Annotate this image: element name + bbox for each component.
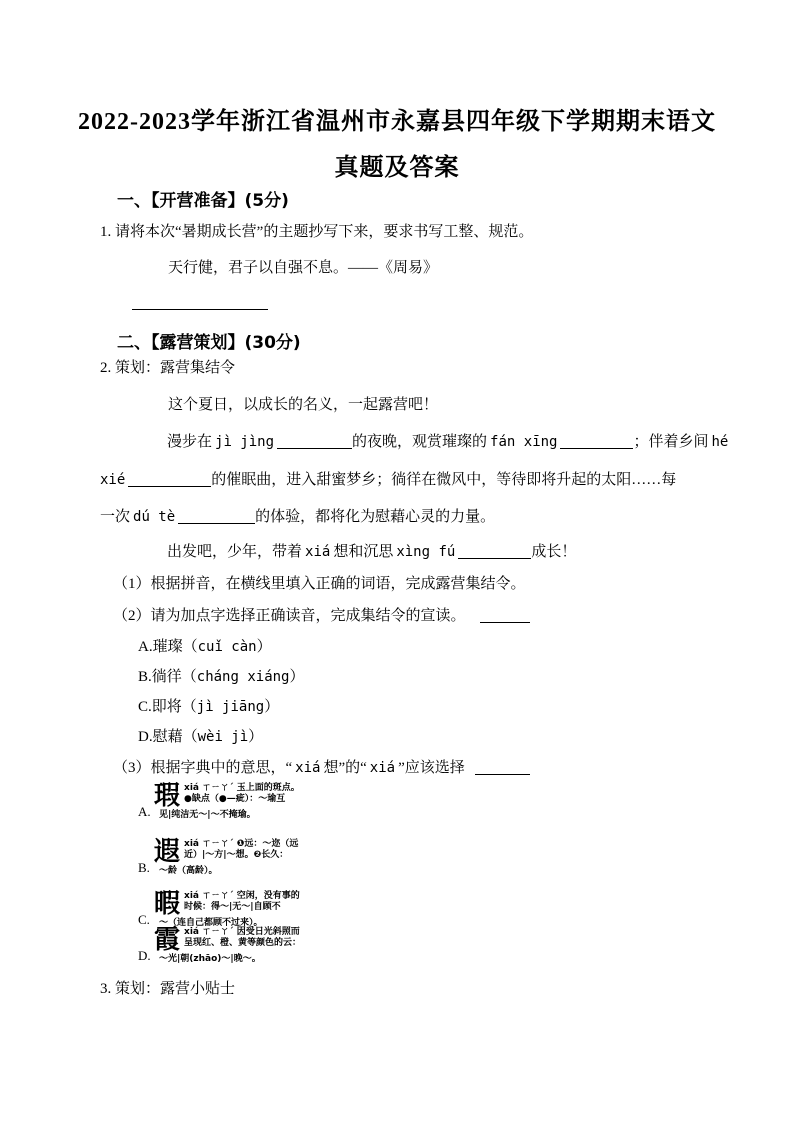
passage-line-3: 一次dú tè的体验，都将化为慰藉心灵的力量。 [100,505,495,526]
dictionary-def-line: ～光|朝(zhāo)～|晚～。 [159,954,354,965]
answer-blank [458,544,531,559]
option-text: A.璀璨（ [138,639,198,655]
dictionary-entry-a: A. 瑕xiá ㄒㄧㄚˊ 玉上面的斑点。●缺点（●—疵）：～瑜互 见|纯洁无～|… [138,783,354,821]
option-d: D.慰藉（wèi jì） [138,725,263,746]
answer-blank [178,509,255,524]
answer-blank [475,760,530,775]
option-c: C.即将（jì jiāng） [138,695,279,716]
answer-blank [277,434,352,449]
question-3: 3. 策划：露营小贴士 [100,977,235,998]
pinyin: cháng xiáng [197,669,290,685]
dictionary-def-line: xiá ㄒㄧㄚˊ 玉上面的斑点。 [184,783,300,793]
question-1-quote: 天行健，君子以自强不息。——《周易》 [168,256,438,277]
passage-line-1: 漫步在jì jìng的夜晚，观赏璀璨的fán xīng；伴着乡间hé [167,430,731,451]
answer-blank [480,608,530,623]
subquestion-3: （3）根据字典中的意思，“xiá想”的“xiá”应该选择 [113,756,530,777]
dictionary-entry-label: D. [138,948,151,964]
dictionary-def-line: xiá ㄒㄧㄚˊ 空闲，没有事的 [184,891,300,901]
pinyin: dú tè [133,509,175,525]
pinyin: xié [100,472,125,488]
subquestion-2: （2）请为加点字选择正确读音，完成集结令的宣读。 [113,604,530,625]
dictionary-headword: 暇 [154,891,180,917]
passage-line-4: 出发吧，少年，带着xiá想和沉思xìng fú成长！ [167,540,576,561]
question-1: 1. 请将本次“暑期成长营”的主题抄写下来，要求书写工整、规范。 [100,220,533,241]
dictionary-headword: 瑕 [154,783,180,809]
option-text: ） [264,699,279,715]
dictionary-def-line: 呈现红、橙、黄等颜色的云： [184,938,301,948]
dictionary-entry-d: D. 霞xiá ㄒㄧㄚˊ 因受日光斜照而呈现红、橙、黄等颜色的云： ～光|朝(z… [138,927,354,965]
pinyin: hé [712,434,729,450]
answer-blank [132,295,268,310]
option-text: ） [248,729,263,745]
pinyin: fán xīng [490,434,557,450]
page-title-line1: 2022-2023学年浙江省温州市永嘉县四年级下学期期末语文 [0,101,794,136]
dictionary-entry-c: C. 暇xiá ㄒㄧㄚˊ 空闲，没有事的时候：得～|无～|自顾不 ～（连自己都顾… [138,891,354,929]
option-text: D.慰藉（ [138,729,198,745]
passage-text: 漫步在 [167,434,212,450]
pinyin: xiá [305,544,330,560]
dictionary-headword: 霞 [154,927,180,953]
dictionary-def-line: xiá ㄒㄧㄚˊ 因受日光斜照而 [184,927,300,937]
passage-text: 的催眠曲，进入甜蜜梦乡；徜徉在微风中，等待即将升起的太阳……每 [211,472,676,488]
question-2: 2. 策划：露营集结令 [100,356,235,377]
dictionary-def-line: 近）|～方|～想。❷长久： [184,850,288,860]
exam-paper-page: 2022-2023学年浙江省温州市永嘉县四年级下学期期末语文 真题及答案 一、【… [0,0,794,1123]
passage-text: ；伴着乡间 [633,434,708,450]
option-text: B.徜徉（ [138,669,197,685]
passage-text: 成长！ [531,544,576,560]
section2-heading: 二、【露营策划】(30分) [117,328,301,353]
option-a: A.璀璨（cuǐ càn） [138,635,272,656]
dictionary-entry-label: A. [138,804,151,820]
section1-heading: 一、【开营准备】(5分) [117,186,289,211]
passage-line-2: xié的催眠曲，进入甜蜜梦乡；徜徉在微风中，等待即将升起的太阳……每 [100,468,676,489]
dictionary-entry-label: C. [138,912,150,928]
passage-text: 出发吧，少年，带着 [167,544,302,560]
dictionary-def-line: ～龄（高龄）。 [159,866,354,877]
option-b: B.徜徉（cháng xiáng） [138,665,305,686]
option-text: ） [257,639,272,655]
answer-blank [128,472,211,487]
dictionary-entry-b: B. 遐xiá ㄒㄧㄚˊ ❶远：～迩（远近）|～方|～想。❷长久： ～龄（高龄）… [138,839,354,877]
pinyin: xìng fú [396,544,455,560]
passage-intro: 这个夏日，以成长的名义，一起露营吧！ [168,393,438,414]
subquestion-1: （1）根据拼音，在横线里填入正确的词语，完成露营集结令。 [113,572,526,593]
subquestion-2-text: （2）请为加点字选择正确读音，完成集结令的宣读。 [113,608,466,624]
dictionary-def-line: ●缺点（●—疵）：～瑜互 [184,794,285,804]
passage-text: 的夜晚，观赏璀璨的 [352,434,487,450]
passage-text: 的体验，都将化为慰藉心灵的力量。 [255,509,495,525]
pinyin: xiá [370,760,395,776]
dictionary-def-line: 时候：得～|无～|自顾不 [184,902,281,912]
dictionary-headword: 遐 [154,839,180,865]
subquestion-3-text: ”应该选择 [398,760,465,776]
dictionary-def-line: 见|纯洁无～|～不掩瑜。 [159,810,354,821]
dictionary-def-line: xiá ㄒㄧㄚˊ ❶远：～迩（远 [184,839,298,849]
subquestion-3-text: 想”的“ [323,760,366,776]
pinyin: jì jiāng [197,699,264,715]
question-1-answer-line [132,294,268,312]
pinyin: cuǐ càn [198,639,257,655]
subquestion-3-text: （3）根据字典中的意思，“ [113,760,292,776]
passage-text: 想和沉思 [333,544,393,560]
pinyin: wèi jì [198,729,249,745]
answer-blank [560,434,633,449]
passage-text: 一次 [100,509,130,525]
page-title-line2: 真题及答案 [0,147,794,182]
option-text: C.即将（ [138,699,197,715]
pinyin: jì jìng [215,434,274,450]
dictionary-entry-label: B. [138,860,150,876]
pinyin: xiá [295,760,320,776]
option-text: ） [289,669,304,685]
